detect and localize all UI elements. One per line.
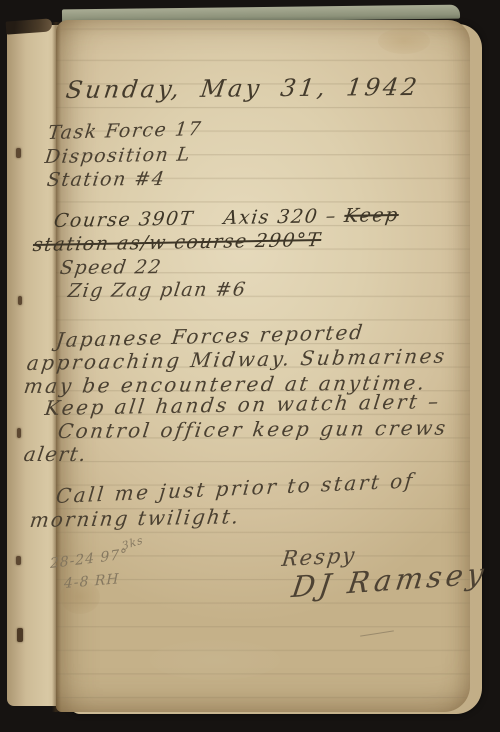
call-note-line: morning twilight.: [29, 504, 242, 532]
course-value: Course 390T: [53, 208, 195, 232]
date-line: Sunday, May 31, 1942: [64, 73, 421, 104]
stitch-mark: [18, 296, 22, 305]
notebook-photo: Sunday, May 31, 1942 Task Force 17 Dispo…: [0, 0, 500, 732]
stitch-mark: [16, 556, 21, 565]
alert-paragraph-line: Control officer keep gun crews: [56, 416, 449, 443]
disposition-line: Disposition L: [44, 143, 193, 168]
stitch-mark: [17, 428, 21, 438]
stitch-mark: [16, 148, 21, 158]
struck-word: Keep: [343, 204, 400, 227]
axis-value: Axis 320 –: [222, 205, 338, 229]
zigzag-line: Zig Zag plan #6: [67, 278, 248, 302]
stitch-mark: [17, 628, 23, 642]
task-force-line: Task Force 17: [47, 118, 204, 144]
station-line: Station #4: [46, 168, 167, 191]
speed-line: Speed 22: [59, 256, 164, 279]
alert-paragraph-line: alert.: [22, 442, 88, 466]
